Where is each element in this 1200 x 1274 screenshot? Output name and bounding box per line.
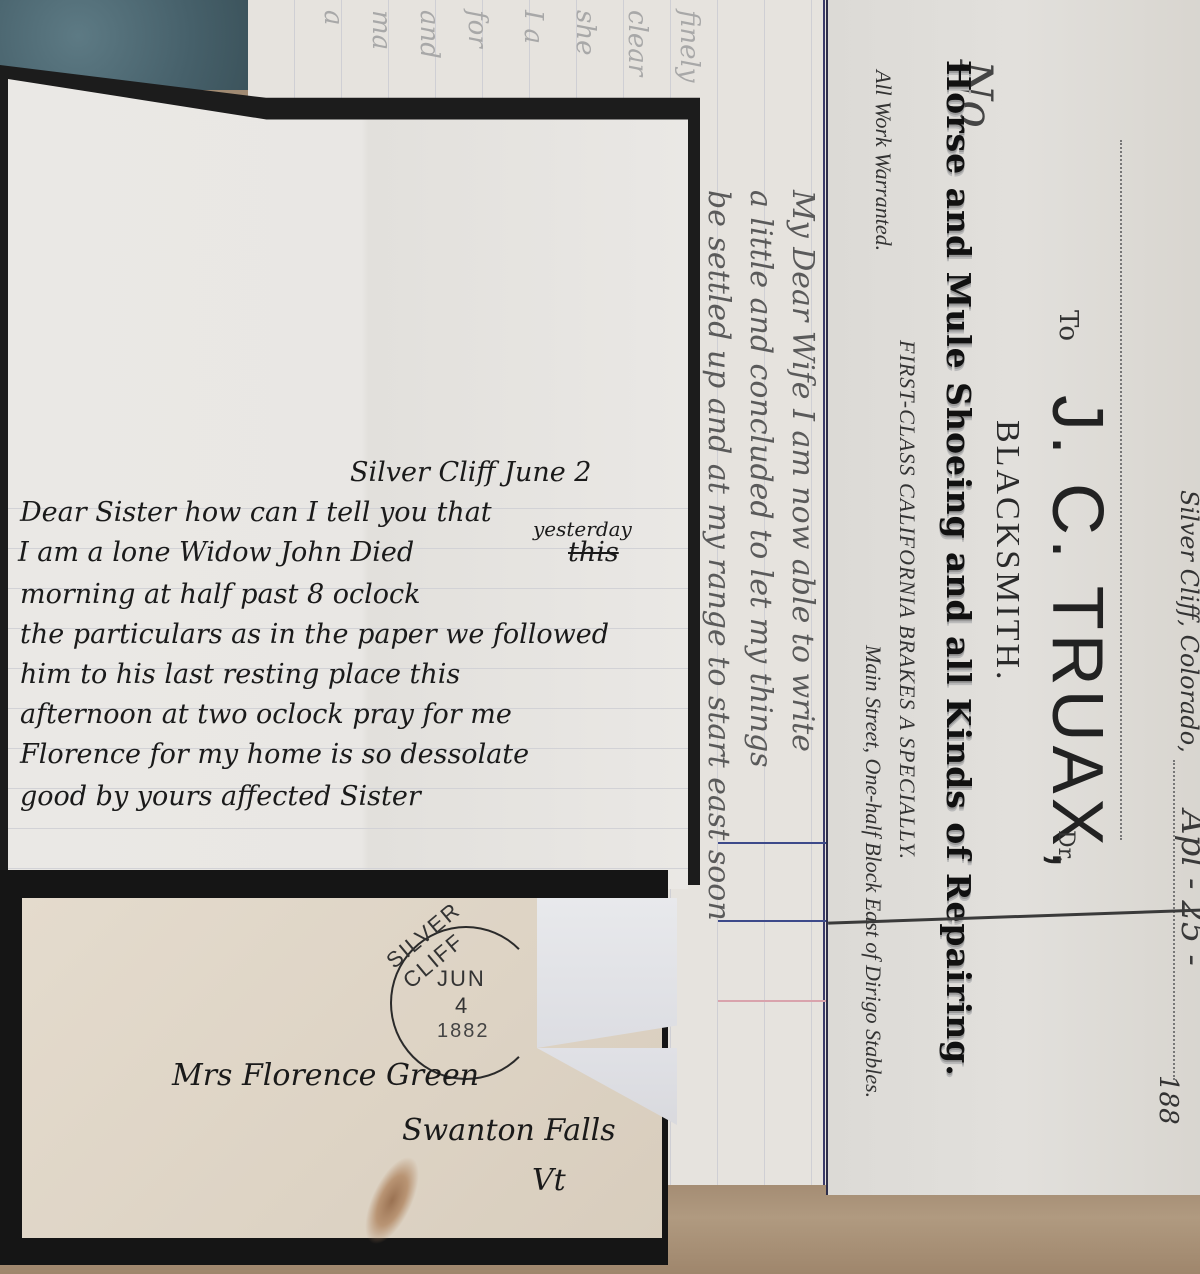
blacksmith-billhead: No To J. C. TRUAX, Dr. BLACKSMITH. Horse… bbox=[826, 0, 1200, 1195]
rust-stain bbox=[354, 1149, 430, 1252]
letter-line: good by yours affected Sister bbox=[20, 781, 421, 812]
recipient-name: Mrs Florence Green bbox=[172, 1058, 479, 1093]
ledger-fragment: she bbox=[570, 10, 600, 55]
business-name: J. C. TRUAX, bbox=[1036, 395, 1118, 874]
postmark-day: 4 bbox=[455, 993, 467, 1019]
ledger-fragment: and bbox=[414, 10, 444, 59]
ledger-line: a little and concluded to let my things bbox=[743, 190, 778, 768]
letter-line: the particulars as in the paper we follo… bbox=[20, 619, 609, 650]
struck-word: this bbox=[568, 537, 619, 568]
ledger-line: My Dear Wife I am now able to write bbox=[785, 190, 820, 752]
ledger-line: be settled up and at my range to start e… bbox=[701, 190, 736, 921]
postmark: SILVER CLIFF JUN 4 1882 bbox=[390, 926, 542, 1080]
ledger-pink-rule bbox=[718, 1000, 828, 1002]
letter-line: Florence for my home is so dessolate bbox=[20, 739, 529, 770]
letter-line: I am a lone Widow John Died bbox=[18, 537, 414, 568]
specialty-line: FIRST-CLASS CALIFORNIA BRAKES A SPECIALL… bbox=[894, 340, 920, 860]
dr-suffix: Dr. bbox=[1053, 830, 1078, 863]
ledger-vertical-rule bbox=[823, 0, 825, 1185]
ledger-fragment: for bbox=[462, 10, 492, 48]
ledger-fragment: clear bbox=[622, 10, 652, 76]
envelope-flap bbox=[537, 898, 677, 1048]
mourning-envelope: SILVER CLIFF JUN 4 1882 Mrs Florence Gre… bbox=[0, 870, 668, 1265]
mourning-letter-page: Silver Cliff June 2 yesterday Dear Siste… bbox=[8, 79, 688, 889]
postmark-year: 1882 bbox=[437, 1020, 490, 1043]
warranty-line: All Work Warranted. bbox=[870, 70, 896, 251]
dotted-rule bbox=[1120, 140, 1122, 840]
recipient-town: Swanton Falls bbox=[402, 1113, 616, 1148]
services-headline: Horse and Mule Shoeing and all Kinds of … bbox=[939, 60, 978, 1077]
letter-line: Dear Sister how can I tell you that bbox=[20, 497, 492, 528]
recipient-state: Vt bbox=[532, 1163, 566, 1198]
place-line: Silver Cliff, Colorado, bbox=[1175, 490, 1200, 753]
year-prefix: 188 bbox=[1153, 1075, 1183, 1125]
ledger-fragment: a bbox=[318, 10, 348, 26]
address-line: Main Street, One-half Block East of Diri… bbox=[860, 645, 886, 1098]
letter-line: afternoon at two oclock pray for me bbox=[20, 699, 512, 730]
letter-heading: Silver Cliff June 2 bbox=[350, 457, 591, 488]
envelope-face: SILVER CLIFF JUN 4 1882 Mrs Florence Gre… bbox=[22, 898, 662, 1238]
letter-line: morning at half past 8 oclock bbox=[20, 579, 420, 610]
letter-line: him to his last resting place this bbox=[20, 659, 460, 690]
handwritten-date: Apl - 25 - bbox=[1173, 810, 1200, 966]
to-prefix: To bbox=[1053, 310, 1083, 341]
postmark-month: JUN bbox=[437, 966, 486, 992]
ledger-fragment: finely bbox=[674, 10, 704, 82]
trade-label: BLACKSMITH. bbox=[988, 420, 1026, 683]
ledger-fragment: ma bbox=[366, 10, 396, 50]
ledger-fragment: I a bbox=[518, 10, 548, 44]
